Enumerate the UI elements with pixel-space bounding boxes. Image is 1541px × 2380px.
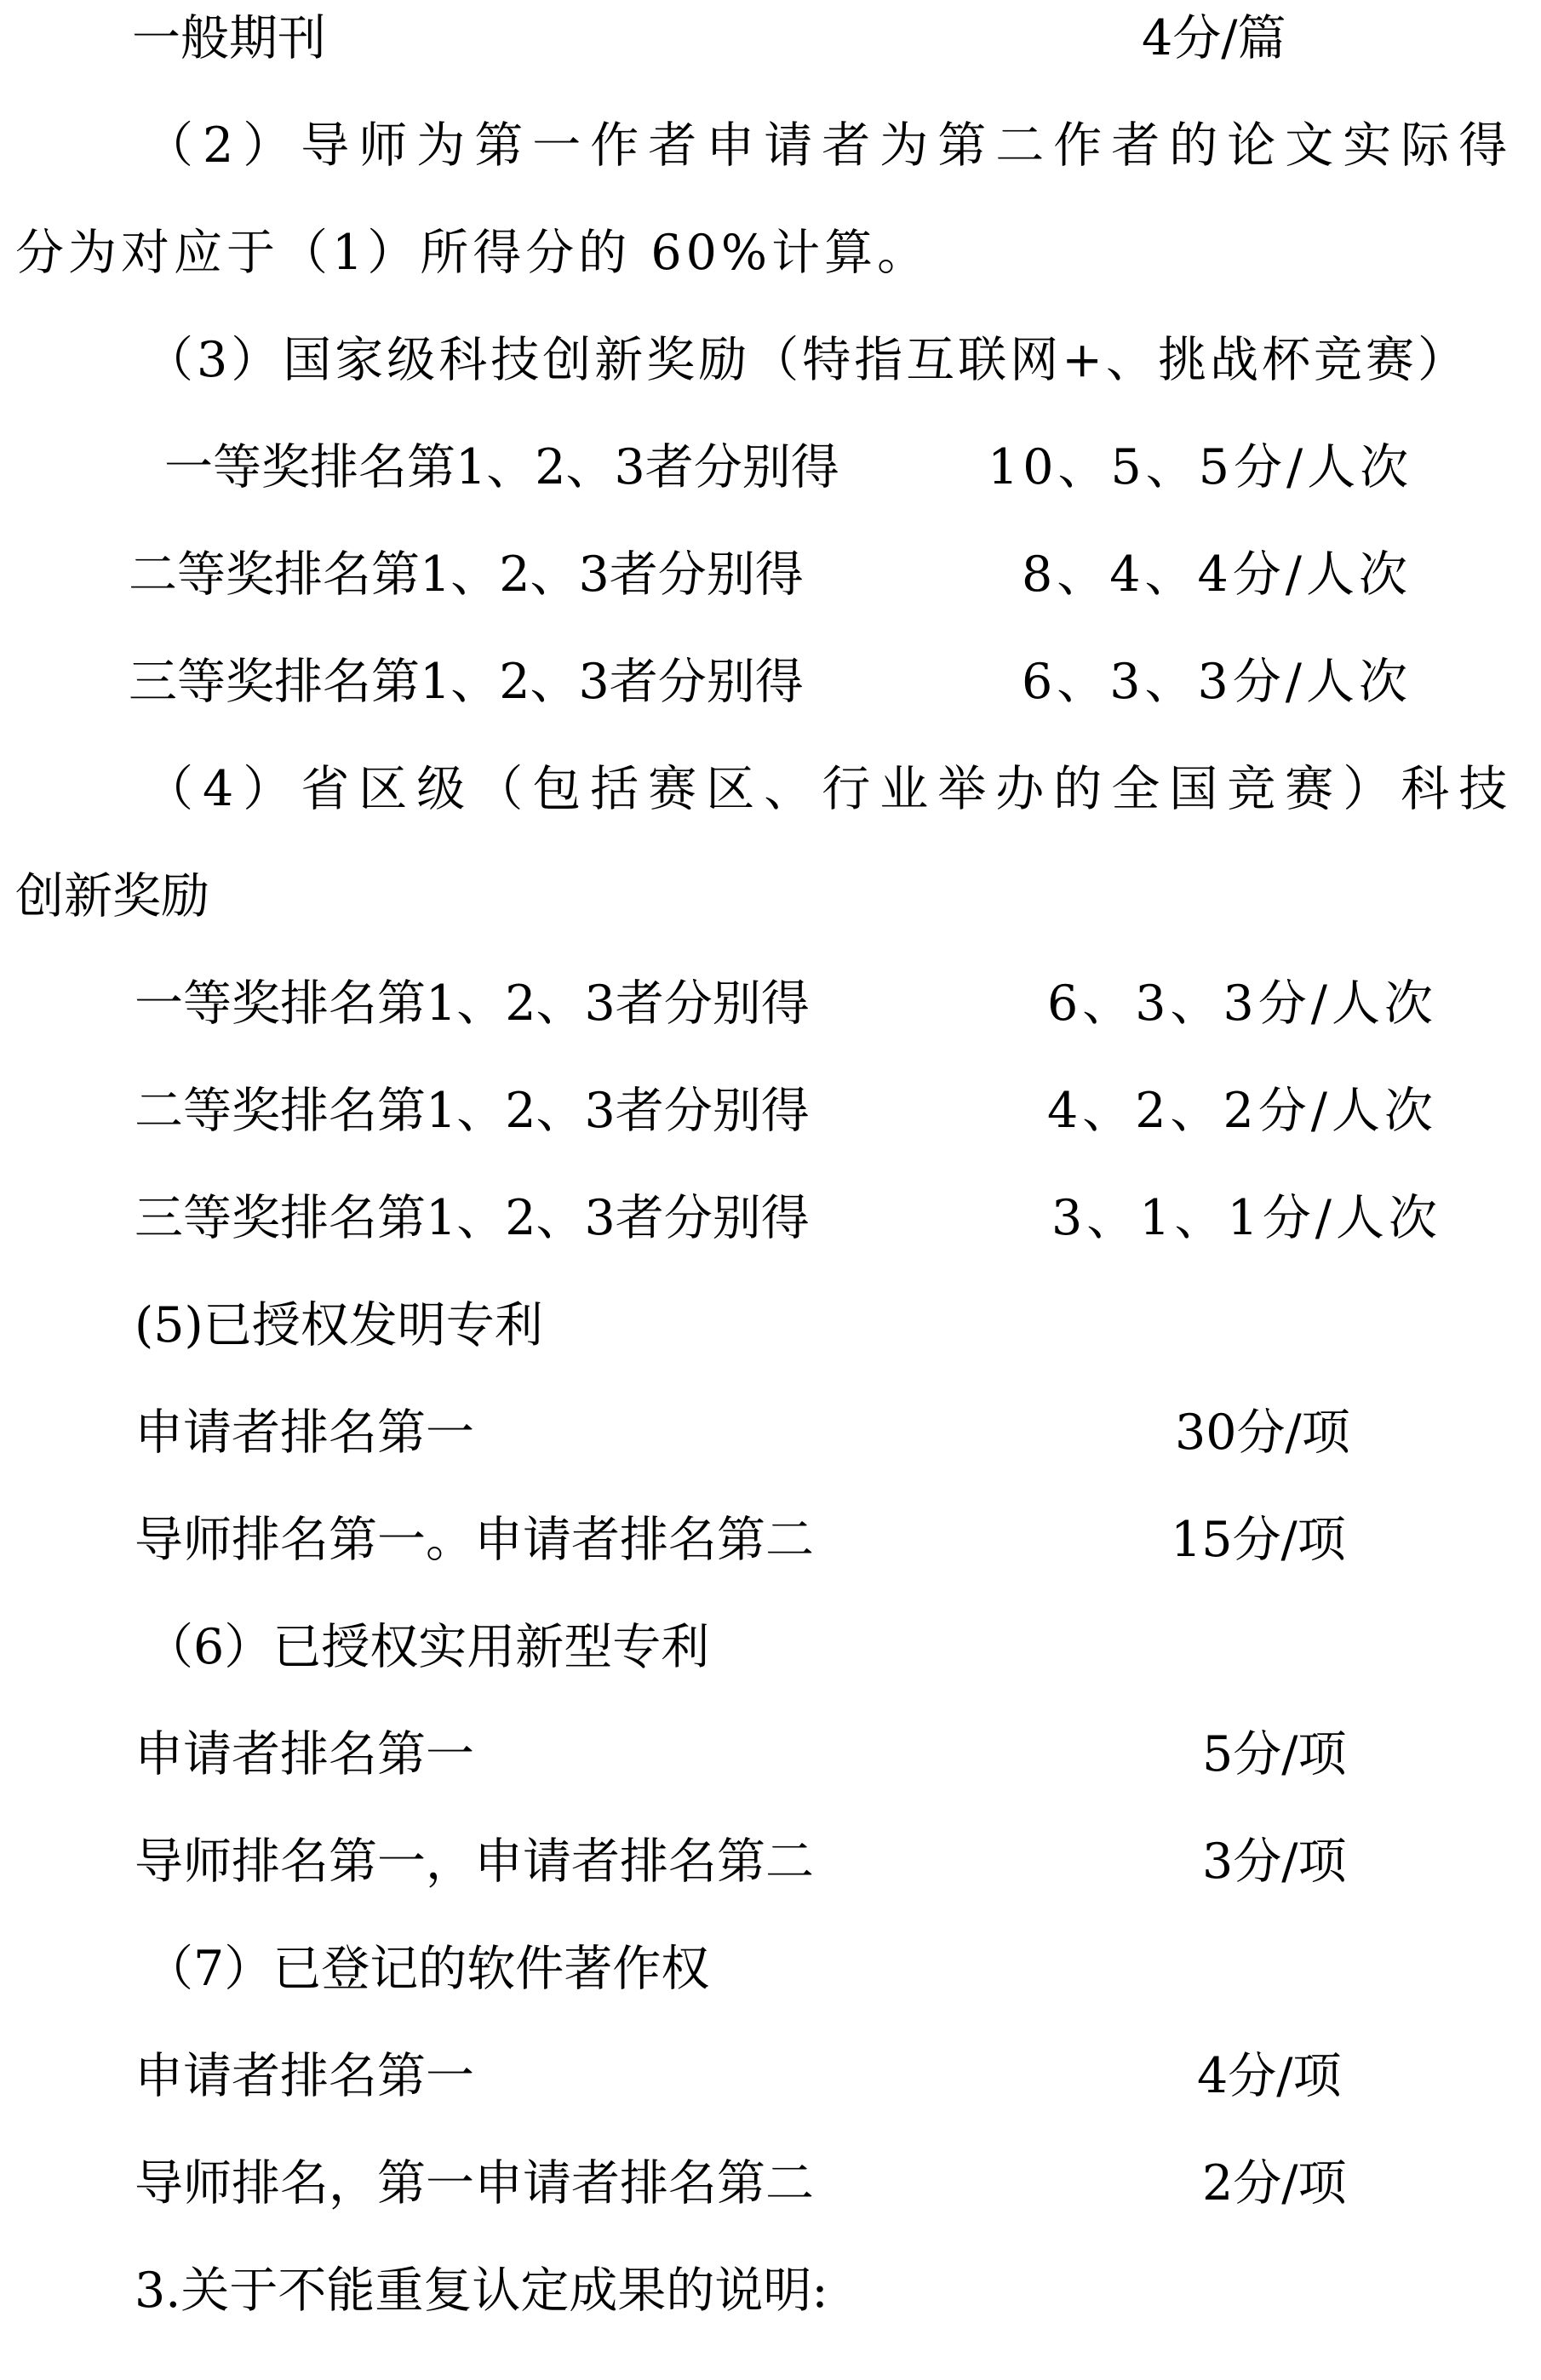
- doc-line: （6）已授权实用新型专利: [0, 1593, 1541, 1701]
- line-score: 4分/项: [1197, 2022, 1341, 2130]
- doc-line: 导师排名第一。申请者排名第二 15分/项: [0, 1486, 1541, 1593]
- doc-line: 申请者排名第一 4分/项: [0, 2022, 1541, 2130]
- doc-line: 3.关于不能重复认定成果的说明:: [0, 2237, 1541, 2344]
- line-score: 6、3、3分/人次: [1047, 950, 1437, 1057]
- line-score: 6、3、3分/人次: [1022, 628, 1412, 735]
- doc-line: (5)已授权发明专利: [0, 1272, 1541, 1379]
- doc-line: 三等奖排名第1、2、3者分别得 3、1、1分/人次: [0, 1164, 1541, 1272]
- line-text: （4）省区级（包括赛区、行业举办的全国竞赛）科技: [145, 735, 1516, 843]
- doc-line: 三等奖排名第1、2、3者分别得 6、3、3分/人次: [0, 628, 1541, 735]
- line-text: 三等奖排名第1、2、3者分别得: [129, 628, 804, 735]
- line-text: 3.关于不能重复认定成果的说明:: [135, 2237, 828, 2344]
- line-score: 5分/项: [1202, 1701, 1346, 1808]
- line-text: 申请者排名第一: [135, 2022, 474, 2130]
- line-text: 导师排名第一。申请者排名第二: [135, 1486, 814, 1593]
- line-text: （3）国家级科技创新奖励（特指互联网+、挑战杯竞赛）: [145, 306, 1469, 414]
- line-score: 15分/项: [1171, 1486, 1346, 1593]
- line-text: 申请者排名第一: [135, 1701, 474, 1808]
- doc-line: 一般期刊 4分/篇: [0, 0, 1541, 92]
- line-text: 申请者排名第一: [135, 1379, 474, 1486]
- line-text: 二等奖排名第1、2、3者分别得: [129, 521, 804, 628]
- line-text: 创新奖励: [15, 843, 209, 950]
- line-score: 4分/篇: [1142, 0, 1286, 92]
- line-text: 一般期刊: [132, 0, 326, 92]
- line-text: (5)已授权发明专利: [135, 1272, 543, 1379]
- line-text: 导师排名，第一申请者排名第二: [135, 2130, 814, 2237]
- doc-line: 申请者排名第一 30分/项: [0, 1379, 1541, 1486]
- doc-line: 申请者排名第一 5分/项: [0, 1701, 1541, 1808]
- line-text: 分为对应于（1）所得分的 60%计算。: [15, 199, 930, 306]
- doc-line: 创新奖励: [0, 843, 1541, 950]
- doc-line: （4）省区级（包括赛区、行业举办的全国竞赛）科技: [0, 735, 1541, 843]
- line-score: 8、4、4分/人次: [1022, 521, 1412, 628]
- line-text: （6）已授权实用新型专利: [145, 1593, 709, 1701]
- doc-line: 一等奖排名第1、2、3者分别得 6、3、3分/人次: [0, 950, 1541, 1057]
- document-page: 一般期刊 4分/篇 （2）导师为第一作者申请者为第二作者的论文实际得 分为对应于…: [0, 0, 1541, 2344]
- doc-line: 导师排名第一，申请者排名第二 3分/项: [0, 1808, 1541, 1915]
- line-score: 4、2、2分/人次: [1047, 1057, 1437, 1164]
- line-text: 三等奖排名第1、2、3者分别得: [135, 1164, 810, 1272]
- doc-line: （7）已登记的软件著作权: [0, 1915, 1541, 2022]
- line-score: 3分/项: [1202, 1808, 1346, 1915]
- doc-line: 一等奖排名第1、2、3者分别得 10、5、5分/人次: [0, 414, 1541, 521]
- doc-line: （2）导师为第一作者申请者为第二作者的论文实际得: [0, 92, 1541, 199]
- doc-line: 分为对应于（1）所得分的 60%计算。: [0, 199, 1541, 306]
- line-score: 3、1、1分/人次: [1051, 1164, 1441, 1272]
- line-score: 2分/项: [1202, 2130, 1346, 2237]
- line-text: 一等奖排名第1、2、3者分别得: [164, 414, 839, 521]
- line-text: 导师排名第一，申请者排名第二: [135, 1808, 814, 1915]
- line-text: （7）已登记的软件著作权: [145, 1915, 709, 2022]
- doc-line: 导师排名，第一申请者排名第二 2分/项: [0, 2130, 1541, 2237]
- doc-line: 二等奖排名第1、2、3者分别得 4、2、2分/人次: [0, 1057, 1541, 1164]
- doc-line: （3）国家级科技创新奖励（特指互联网+、挑战杯竞赛）: [0, 306, 1541, 414]
- line-text: 一等奖排名第1、2、3者分别得: [135, 950, 810, 1057]
- line-score: 10、5、5分/人次: [988, 414, 1412, 521]
- line-text: （2）导师为第一作者申请者为第二作者的论文实际得: [145, 92, 1516, 199]
- line-text: 二等奖排名第1、2、3者分别得: [135, 1057, 810, 1164]
- doc-line: 二等奖排名第1、2、3者分别得 8、4、4分/人次: [0, 521, 1541, 628]
- line-score: 30分/项: [1175, 1379, 1350, 1486]
